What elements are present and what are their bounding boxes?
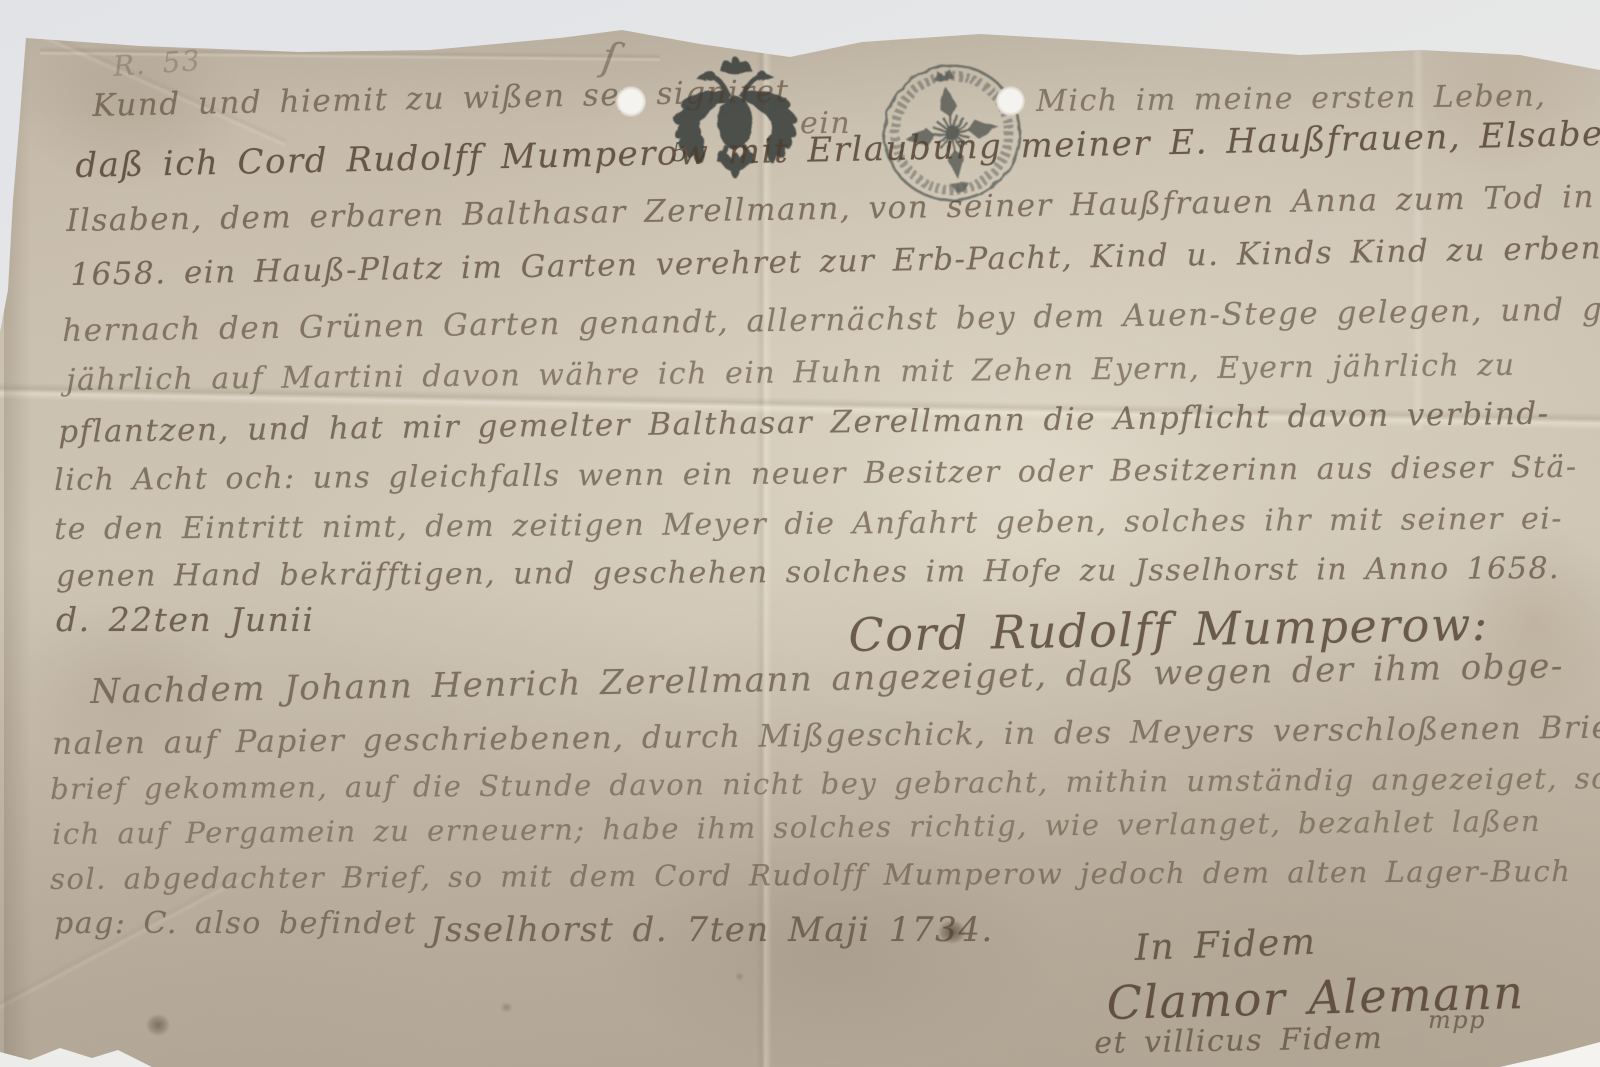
parchment-document: 5 [0, 0, 1600, 1067]
manuscript-line-7: pflantzen, und hat mir gemelter Balthasa… [58, 396, 1550, 450]
manuscript-line-8: lich Acht och: uns gleichfalls wenn ein … [54, 450, 1578, 498]
in-fidem-label: In Fidem [1134, 922, 1317, 969]
signature-mpp-mark: mpp [1428, 1006, 1486, 1034]
manuscript-line-1-right: Mich im meine ersten Leben, [1036, 79, 1546, 119]
manuscript-line-15: sol. abgedachter Brief, so mit dem Cord … [50, 854, 1571, 896]
pen-flourish: ſ [599, 34, 622, 82]
faint-top-left-note: R. 53 [112, 44, 202, 83]
date-line-22-junii: d. 22ten Junii [56, 600, 314, 639]
place-date-line-1734: Jsselhorst d. 7ten Maji 1734. [430, 910, 994, 950]
manuscript-line-1-left: Kund und hiemit zu wißen sey signiret [92, 73, 790, 124]
notary-bottom-line: et villicus Fidem [1094, 1021, 1384, 1061]
handwriting-layer: Kund und hiemit zu wißen sey signiret ei… [0, 0, 1600, 1067]
manuscript-line-10: genen Hand bekräfftigen, und geschehen s… [56, 551, 1560, 594]
manuscript-line-12: nalen auf Papier geschriebenen, durch Mi… [52, 709, 1600, 762]
manuscript-line-5: hernach den Grünen Garten genandt, aller… [62, 291, 1600, 349]
manuscript-line-11: Nachdem Johann Henrich Zerellmann angeze… [90, 646, 1564, 712]
manuscript-line-4-year-1658: 1658. ein Hauß-Platz im Garten verehret … [70, 230, 1600, 293]
photo-background: 5 [0, 0, 1600, 1067]
manuscript-line-13: brief gekommen, auf die Stunde davon nic… [50, 761, 1600, 806]
manuscript-line-16-pag: pag: C. also befindet [54, 906, 417, 941]
manuscript-line-14: ich auf Pergamein zu erneuern; habe ihm … [52, 804, 1541, 851]
manuscript-line-6: jährlich auf Martini davon währe ich ein… [66, 348, 1516, 398]
manuscript-line-9: te den Eintritt nimt, dem zeitigen Meyer… [54, 501, 1563, 547]
manuscript-line-3: Ilsaben, dem erbaren Balthasar Zerellman… [66, 177, 1600, 239]
